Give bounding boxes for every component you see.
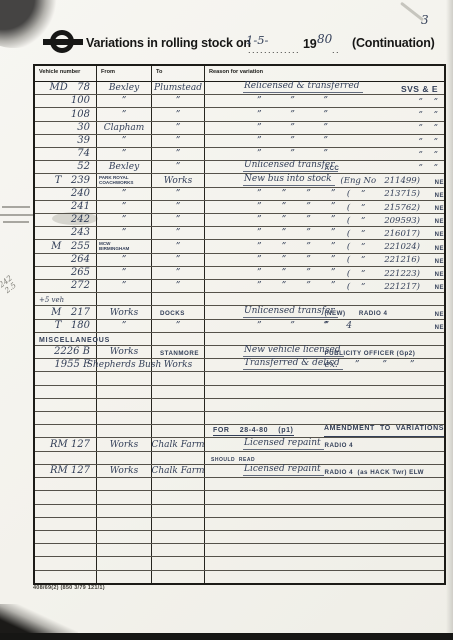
cell-veh bbox=[35, 372, 97, 384]
cell-reason bbox=[205, 505, 444, 517]
cell-from bbox=[97, 386, 152, 398]
table-row: 30Clapham”” ” ”” ” bbox=[35, 122, 444, 135]
cell-reason: ” ” ”” ” bbox=[205, 148, 444, 160]
reason-annotation: ACC bbox=[325, 166, 340, 172]
cell-veh: 2226 B bbox=[35, 346, 97, 358]
table-row-blank bbox=[35, 372, 444, 385]
cell-from: Works bbox=[97, 438, 152, 450]
cell-to bbox=[152, 425, 205, 437]
reason-ditto-marks: ” ” ” bbox=[257, 97, 328, 106]
cell-reason bbox=[205, 531, 444, 543]
vehicle-number: 264 bbox=[71, 255, 90, 265]
engine-number: ( ” 215762) bbox=[347, 204, 420, 213]
cell-from: ” bbox=[97, 254, 152, 266]
vehicle-number: MD 78 bbox=[49, 83, 90, 93]
handwritten-date: 1-5- bbox=[246, 33, 268, 47]
col-header-to: To bbox=[152, 66, 205, 81]
cell-reason bbox=[205, 333, 444, 345]
row-suffix-code: NE bbox=[435, 259, 444, 265]
amendment-date: FOR 28-4-80 (p1) bbox=[213, 427, 294, 436]
row-suffix-code: NE bbox=[435, 206, 444, 212]
cell-from bbox=[97, 425, 152, 437]
continuation-label: (Continuation) bbox=[352, 36, 435, 50]
cell-from bbox=[97, 571, 152, 583]
table-row-blank bbox=[35, 518, 444, 531]
cell-to: ” bbox=[152, 267, 205, 279]
cell-veh bbox=[35, 425, 97, 437]
from-location: Works bbox=[110, 467, 138, 476]
cell-to: Plumstead bbox=[152, 82, 205, 94]
table-row-blank bbox=[35, 412, 444, 425]
table-row-blank bbox=[35, 386, 444, 399]
to-location: ” bbox=[176, 322, 181, 331]
cell-veh: T 239 bbox=[35, 174, 97, 186]
cell-to: Works bbox=[152, 359, 205, 371]
cell-from: ” bbox=[97, 280, 152, 292]
from-location: Clapham bbox=[104, 124, 145, 133]
cell-reason bbox=[205, 544, 444, 556]
reason-text: Unlicensed transfer bbox=[243, 161, 338, 172]
cell-veh: 74 bbox=[35, 148, 97, 160]
engine-number: ( ” 216017) bbox=[347, 230, 420, 239]
table-row: 264””” ” ” ”( ” 221216)NE bbox=[35, 254, 444, 267]
reason-text: New bus into stock bbox=[243, 175, 335, 186]
cell-to bbox=[152, 557, 205, 569]
vehicle-number: 108 bbox=[71, 110, 90, 120]
col-header-reason: Reason for variation bbox=[205, 66, 444, 81]
cell-reason: ” ” ” ”( ” 213715)NE bbox=[205, 188, 444, 200]
scan-edge bbox=[0, 633, 453, 640]
cell-from bbox=[97, 452, 152, 464]
reason-right-note: SVS & E bbox=[401, 85, 438, 94]
from-location: MCW BIRMINGHAM bbox=[99, 242, 129, 251]
to-location: ” bbox=[176, 124, 181, 133]
cell-to: ” bbox=[152, 161, 205, 173]
cell-reason: ” ” ”” ” bbox=[205, 122, 444, 134]
table-row: MISCELLANEOUS bbox=[35, 333, 444, 346]
cell-reason: ” ” ” ”( ” 216017)NE bbox=[205, 227, 444, 239]
row-suffix-code: NE bbox=[435, 246, 444, 252]
table-row: 241””” ” ” ”( ” 215762)NE bbox=[35, 201, 444, 214]
reason-right-note: ” ” bbox=[419, 164, 439, 173]
reason-ditto-marks: ” ” ” ” bbox=[257, 282, 335, 291]
vehicle-number: RM 127 bbox=[50, 440, 90, 450]
cell-veh bbox=[35, 452, 97, 464]
from-location: Bexley bbox=[109, 84, 139, 93]
cell-reason: ” ” ”” ” bbox=[205, 108, 444, 120]
vehicle-number: 265 bbox=[71, 268, 90, 278]
cell-veh: RM 127 bbox=[35, 438, 97, 450]
from-location: ” bbox=[122, 203, 127, 212]
pencil-dash bbox=[3, 221, 29, 223]
trailing-dots: .. bbox=[332, 45, 340, 55]
cell-to bbox=[152, 399, 205, 411]
vehicle-number: 100 bbox=[71, 96, 90, 106]
reason-annotation: ” 4 bbox=[325, 322, 353, 331]
cell-reason bbox=[205, 478, 444, 490]
cell-to bbox=[152, 293, 205, 305]
reason-ditto-marks: ” ” ” bbox=[257, 322, 328, 331]
cell-reason: ” ” ” ”( ” 221217)NE bbox=[205, 280, 444, 292]
vehicle-number: 2226 B bbox=[54, 347, 90, 357]
table-row: RM 127WorksChalk FarmLicensed repaintRAD… bbox=[35, 438, 444, 451]
to-location: Chalk Farm bbox=[151, 467, 204, 476]
table-row: 2226 BWorksSTANMORENew vehicle licensedP… bbox=[35, 346, 444, 359]
cell-veh: M 217 bbox=[35, 306, 97, 318]
cell-to bbox=[152, 478, 205, 490]
to-location: ” bbox=[176, 203, 181, 212]
cell-to: ” bbox=[152, 214, 205, 226]
vehicle-number: +5 veh bbox=[39, 297, 64, 304]
cell-veh: +5 veh bbox=[35, 293, 97, 305]
to-location: Works bbox=[164, 361, 192, 370]
table-row: 74””” ” ”” ” bbox=[35, 148, 444, 161]
cell-veh bbox=[35, 412, 97, 424]
row-suffix-code: NE bbox=[435, 180, 444, 186]
cell-veh: 52 bbox=[35, 161, 97, 173]
miscellaneous-heading: MISCELLANEOUS bbox=[39, 337, 110, 344]
cell-reason: Unlicensed transfer(NEW) RADIO 4NE bbox=[205, 306, 444, 318]
table-row: RM 127WorksChalk FarmLicensed repaintRAD… bbox=[35, 465, 444, 478]
cell-from: PARK ROYAL COACHWORKS bbox=[97, 174, 152, 186]
vehicle-number: T 239 bbox=[55, 176, 90, 186]
cell-from: Shepherds Bush bbox=[97, 359, 152, 371]
reason-annotation: RADIO 4 (as HACK Twr) ELW bbox=[325, 470, 425, 476]
cell-reason: ” ” ” ”( ” 209593)NE bbox=[205, 214, 444, 226]
cell-veh: MISCELLANEOUS bbox=[35, 333, 97, 345]
cell-from: ” bbox=[97, 108, 152, 120]
reason-ditto-marks: ” ” ” ” bbox=[257, 243, 335, 252]
cell-from: ” bbox=[97, 148, 152, 160]
from-location: ” bbox=[122, 322, 127, 331]
to-location: ” bbox=[176, 97, 181, 106]
from-location: ” bbox=[122, 269, 127, 278]
cell-to bbox=[152, 505, 205, 517]
cell-to: ” bbox=[152, 240, 205, 252]
from-location: PARK ROYAL COACHWORKS bbox=[99, 176, 133, 185]
cell-to bbox=[152, 518, 205, 530]
vehicle-number: 240 bbox=[71, 189, 90, 199]
row-suffix-code: NE bbox=[435, 325, 444, 331]
cell-from bbox=[97, 518, 152, 530]
cell-veh bbox=[35, 571, 97, 583]
row-suffix-code: NE bbox=[435, 312, 444, 318]
cell-from: ” bbox=[97, 95, 152, 107]
reason-ditto-marks: ” ” ” ” bbox=[257, 229, 335, 238]
scan-edge bbox=[446, 0, 453, 640]
cell-veh: 108 bbox=[35, 108, 97, 120]
cell-from bbox=[97, 531, 152, 543]
cell-veh: MD 78 bbox=[35, 82, 97, 94]
from-location: ” bbox=[122, 150, 127, 159]
vehicle-number: M 217 bbox=[51, 308, 90, 318]
table-body: MD 78BexleyPlumsteadRelicensed & transfe… bbox=[35, 82, 444, 583]
engine-number: ( ” 221216) bbox=[347, 256, 420, 265]
cell-veh bbox=[35, 544, 97, 556]
cell-veh bbox=[35, 531, 97, 543]
cell-reason: ” ” ” ”( ” 221024)NE bbox=[205, 240, 444, 252]
cell-veh bbox=[35, 478, 97, 490]
cell-veh bbox=[35, 491, 97, 503]
cell-to: ” bbox=[152, 254, 205, 266]
to-location: ” bbox=[176, 216, 181, 225]
cell-reason: Transferred & delicdex. ” ” ” bbox=[205, 359, 444, 371]
cell-from bbox=[97, 412, 152, 424]
reason-ditto-marks: ” ” ” ” bbox=[257, 256, 335, 265]
london-transport-roundel-icon bbox=[48, 30, 78, 55]
to-location: ” bbox=[176, 256, 181, 265]
cell-veh: 264 bbox=[35, 254, 97, 266]
cell-from bbox=[97, 293, 152, 305]
cell-veh: 240 bbox=[35, 188, 97, 200]
reason-ditto-marks: ” ” ” bbox=[257, 111, 328, 120]
reason-ditto-marks: ” ” ” ” bbox=[257, 216, 335, 225]
vehicle-number: 39 bbox=[77, 136, 90, 146]
cell-to: ” bbox=[152, 108, 205, 120]
reason-ditto-marks: ” ” ” ” bbox=[257, 190, 335, 199]
reason-text: Licensed repaint bbox=[243, 465, 324, 476]
cell-reason bbox=[205, 491, 444, 503]
table-row: 108””” ” ”” ” bbox=[35, 108, 444, 121]
cell-to bbox=[152, 372, 205, 384]
cell-from: MCW BIRMINGHAM bbox=[97, 240, 152, 252]
from-location: ” bbox=[122, 282, 127, 291]
table-row-blank bbox=[35, 505, 444, 518]
pencil-dash bbox=[2, 206, 30, 208]
table-row: 100””” ” ”” ” bbox=[35, 95, 444, 108]
reason-ditto-marks: ” ” ” ” bbox=[257, 203, 335, 212]
table-row: 39””” ” ”” ” bbox=[35, 135, 444, 148]
table-row: 242””” ” ” ”( ” 209593)NE bbox=[35, 214, 444, 227]
table-row: 243””” ” ” ”( ” 216017)NE bbox=[35, 227, 444, 240]
cell-to bbox=[152, 333, 205, 345]
to-location: DOCKS bbox=[160, 311, 185, 317]
cell-veh: 100 bbox=[35, 95, 97, 107]
from-location: ” bbox=[122, 111, 127, 120]
cell-to bbox=[152, 386, 205, 398]
to-location: Plumstead bbox=[154, 84, 202, 93]
vehicle-number: 242 bbox=[71, 215, 90, 225]
cell-from bbox=[97, 505, 152, 517]
reason-text: Licensed repaint bbox=[243, 439, 324, 450]
table-row-blank bbox=[35, 478, 444, 491]
row-suffix-code: NE bbox=[435, 285, 444, 291]
year-prefix: 19 bbox=[303, 37, 317, 51]
cell-from bbox=[97, 491, 152, 503]
table-row: 240””” ” ” ”( ” 213715)NE bbox=[35, 188, 444, 201]
cell-veh: 39 bbox=[35, 135, 97, 147]
cell-from bbox=[97, 399, 152, 411]
cell-from: ” bbox=[97, 201, 152, 213]
col-header-from: From bbox=[97, 66, 152, 81]
to-location: ” bbox=[176, 243, 181, 252]
form-number: 408/69(2) (850 3/79 121/1) bbox=[33, 585, 105, 591]
reason-text: Unlicensed transfer bbox=[243, 307, 338, 318]
col-header-vehicle-number: Vehicle number bbox=[35, 66, 97, 81]
row-suffix-code: NE bbox=[435, 232, 444, 238]
table-row-blank bbox=[35, 557, 444, 570]
reason-ditto-marks: ” ” ” bbox=[257, 150, 328, 159]
reason-annotation: (NEW) RADIO 4 bbox=[325, 311, 388, 317]
cell-from: ” bbox=[97, 267, 152, 279]
engine-number: ( ” 209593) bbox=[347, 217, 420, 226]
from-location: ” bbox=[122, 190, 127, 199]
cell-to bbox=[152, 491, 205, 503]
table-row: M 255MCW BIRMINGHAM”” ” ” ”( ” 221024)NE bbox=[35, 240, 444, 253]
cell-reason bbox=[205, 386, 444, 398]
to-location: ” bbox=[176, 190, 181, 199]
vehicle-number: 241 bbox=[71, 202, 90, 212]
cell-to bbox=[152, 571, 205, 583]
vehicle-number: 52 bbox=[77, 162, 90, 172]
reason-annotation: RADIO 4 bbox=[325, 443, 354, 449]
page-title: Variations in rolling stock on bbox=[86, 36, 251, 50]
engine-number: ( ” 221024) bbox=[347, 243, 420, 252]
row-suffix-code: NE bbox=[435, 272, 444, 278]
cell-to: ” bbox=[152, 320, 205, 332]
cell-veh: RM 127 bbox=[35, 465, 97, 477]
cell-to: ” bbox=[152, 148, 205, 160]
cell-veh bbox=[35, 386, 97, 398]
to-location: ” bbox=[176, 150, 181, 159]
table-row: +5 veh bbox=[35, 293, 444, 306]
reason-annotation: PUBLICITY OFFICER (Gp2) bbox=[325, 351, 416, 357]
vehicle-number: 74 bbox=[77, 149, 90, 159]
cell-reason bbox=[205, 412, 444, 424]
table-row: M 217WorksDOCKSUnlicensed transfer(NEW) … bbox=[35, 306, 444, 319]
cell-to bbox=[152, 544, 205, 556]
from-location: ” bbox=[122, 97, 127, 106]
cell-to: Chalk Farm bbox=[152, 465, 205, 477]
cell-reason bbox=[205, 293, 444, 305]
table-row-blank bbox=[35, 491, 444, 504]
from-location: ” bbox=[122, 216, 127, 225]
row-suffix-code: NE bbox=[435, 193, 444, 199]
cell-reason bbox=[205, 372, 444, 384]
cell-veh bbox=[35, 557, 97, 569]
table-row: 52Bexley”Unlicensed transferACC” ” bbox=[35, 161, 444, 174]
engine-number: ( ” 221217) bbox=[347, 283, 420, 292]
vehicle-number: M 255 bbox=[51, 242, 90, 252]
cell-from: Bexley bbox=[97, 82, 152, 94]
from-location: Works bbox=[110, 309, 138, 318]
cell-veh: 241 bbox=[35, 201, 97, 213]
cell-veh bbox=[35, 399, 97, 411]
cell-reason bbox=[205, 518, 444, 530]
to-location: ” bbox=[176, 229, 181, 238]
to-location: Chalk Farm bbox=[151, 441, 204, 450]
cell-from: Clapham bbox=[97, 122, 152, 134]
cell-from: ” bbox=[97, 227, 152, 239]
cell-from bbox=[97, 557, 152, 569]
cell-to: ” bbox=[152, 95, 205, 107]
cell-reason: ” ” ”” ” bbox=[205, 135, 444, 147]
cell-from: Works bbox=[97, 465, 152, 477]
from-location: ” bbox=[122, 137, 127, 146]
vehicle-number: T 180 bbox=[55, 321, 90, 331]
reason-annotation: ex. ” ” ” bbox=[325, 361, 415, 370]
table-row-blank bbox=[35, 531, 444, 544]
cell-to: ” bbox=[152, 122, 205, 134]
engine-number: ( ” 221223) bbox=[347, 270, 420, 279]
vehicle-number: 272 bbox=[71, 281, 90, 291]
reason-right-note: ” ” bbox=[419, 124, 439, 133]
scanned-page: Variations in rolling stock on .........… bbox=[0, 0, 453, 640]
vehicle-number: RM 127 bbox=[50, 466, 90, 476]
cell-reason: FOR 28-4-80 (p1) bbox=[205, 425, 324, 437]
cell-reason: ” ” ”” 4NE bbox=[205, 320, 444, 332]
cell-veh: 265 bbox=[35, 267, 97, 279]
cell-to: ” bbox=[152, 135, 205, 147]
cell-to: DOCKS bbox=[152, 306, 205, 318]
engine-number: (Eng No 211499) bbox=[340, 177, 420, 186]
table-row-blank bbox=[35, 399, 444, 412]
cell-veh: 243 bbox=[35, 227, 97, 239]
amendment-heading: AMENDMENT TO VARIATIONS bbox=[324, 425, 444, 437]
reason-ditto-marks: ” ” ” ” bbox=[257, 269, 335, 278]
table-row: FOR 28-4-80 (p1)AMENDMENT TO VARIATIONS bbox=[35, 425, 444, 438]
vehicle-number: 243 bbox=[71, 228, 90, 238]
table-row: MD 78BexleyPlumsteadRelicensed & transfe… bbox=[35, 82, 444, 95]
should-read-note: SHOULD READ bbox=[211, 458, 255, 463]
cell-reason bbox=[205, 399, 444, 411]
cell-reason: Licensed repaintRADIO 4 (as HACK Twr) EL… bbox=[205, 465, 444, 477]
cell-to: Chalk Farm bbox=[152, 438, 205, 450]
table-row: 1955 FShepherds BushWorksTransferred & d… bbox=[35, 359, 444, 372]
cell-from: ” bbox=[97, 135, 152, 147]
pencil-dash bbox=[0, 214, 33, 216]
to-location: STANMORE bbox=[160, 351, 199, 357]
vehicle-number: 30 bbox=[77, 123, 90, 133]
cell-from bbox=[97, 372, 152, 384]
cell-to bbox=[152, 531, 205, 543]
cell-from bbox=[97, 478, 152, 490]
table-header-row: Vehicle number From To Reason for variat… bbox=[35, 66, 444, 82]
reason-ditto-marks: ” ” ” bbox=[257, 137, 328, 146]
table-row: T 180””” ” ”” 4NE bbox=[35, 320, 444, 333]
table-row-blank bbox=[35, 544, 444, 557]
cell-to bbox=[152, 452, 205, 464]
cell-veh bbox=[35, 518, 97, 530]
cell-to: ” bbox=[152, 227, 205, 239]
cell-reason: ” ” ” ”( ” 221223)NE bbox=[205, 267, 444, 279]
cell-reason: ” ” ”” ” bbox=[205, 95, 444, 107]
cell-reason: New bus into stock(Eng No 211499)NE bbox=[205, 174, 444, 186]
margin-pencil-note: 242 2.5 bbox=[0, 274, 19, 295]
cell-veh: 272 bbox=[35, 280, 97, 292]
row-suffix-code: NE bbox=[435, 219, 444, 225]
cell-from: Works bbox=[97, 306, 152, 318]
cell-to: Works bbox=[152, 174, 205, 186]
reason-text: Relicensed & transferred bbox=[243, 82, 363, 93]
cell-reason: ” ” ” ”( ” 215762)NE bbox=[205, 201, 444, 213]
cell-reason bbox=[205, 557, 444, 569]
engine-number: ( ” 213715) bbox=[347, 190, 420, 199]
from-location: Bexley bbox=[109, 163, 139, 172]
to-location: ” bbox=[176, 163, 181, 172]
from-location: Works bbox=[110, 441, 138, 450]
cell-veh: M 255 bbox=[35, 240, 97, 252]
to-location: ” bbox=[176, 282, 181, 291]
table-row: 265””” ” ” ”( ” 221223)NE bbox=[35, 267, 444, 280]
vehicle-number: 1955 F bbox=[54, 360, 90, 370]
from-location: ” bbox=[122, 256, 127, 265]
from-location: Shepherds Bush bbox=[87, 361, 162, 370]
cell-reason: ” ” ” ”( ” 221216)NE bbox=[205, 254, 444, 266]
variations-table: Vehicle number From To Reason for variat… bbox=[33, 64, 446, 585]
table-row: SHOULD READ bbox=[35, 452, 444, 465]
cell-to: ” bbox=[152, 280, 205, 292]
